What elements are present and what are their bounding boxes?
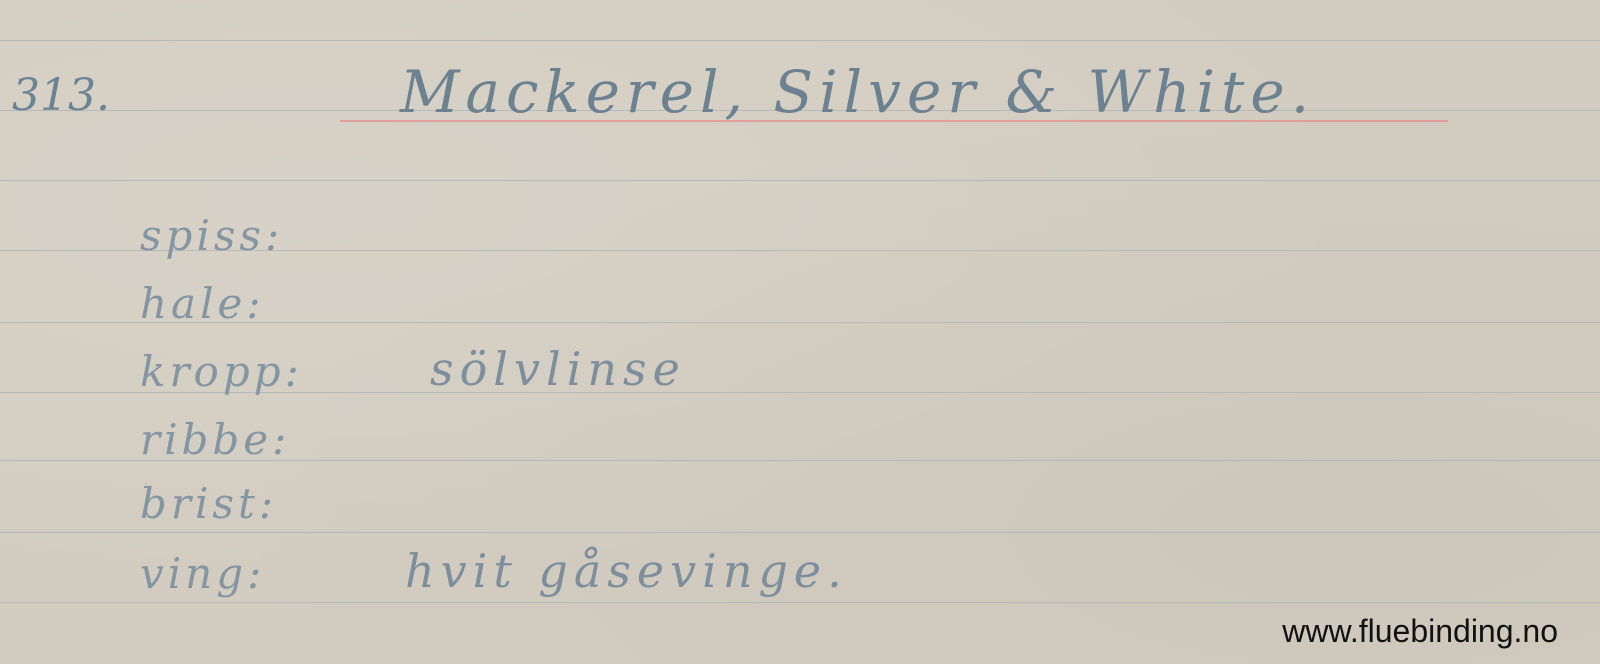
ledger-page: 313. Mackerel, Silver & White. spiss: ha… [0, 0, 1600, 664]
field-value: hvit gåsevinge. [405, 544, 848, 598]
title-underline [340, 120, 1448, 122]
ruled-line [0, 40, 1600, 41]
field-label: hale: [140, 279, 265, 328]
field-row-hale: hale: [140, 264, 1340, 334]
website-watermark: www.fluebinding.no [1282, 613, 1558, 650]
field-row-brist: brist: [140, 464, 1340, 534]
field-label: brist: [140, 479, 277, 528]
entry-number: 313. [12, 70, 110, 121]
field-row-ribbe: ribbe: [140, 400, 1340, 470]
field-label: ribbe: [140, 415, 290, 464]
field-row-spiss: spiss: [140, 196, 1340, 266]
field-label: kropp: [140, 347, 303, 396]
field-value: sölvlinse [430, 342, 686, 396]
ruled-line [0, 180, 1600, 181]
field-row-kropp: kropp: sölvlinse [140, 332, 1340, 402]
field-label: spiss: [140, 211, 283, 260]
fly-title: Mackerel, Silver & White. [400, 58, 1315, 126]
field-row-ving: ving: hvit gåsevinge. [140, 534, 1340, 604]
field-label: ving: [140, 549, 265, 598]
